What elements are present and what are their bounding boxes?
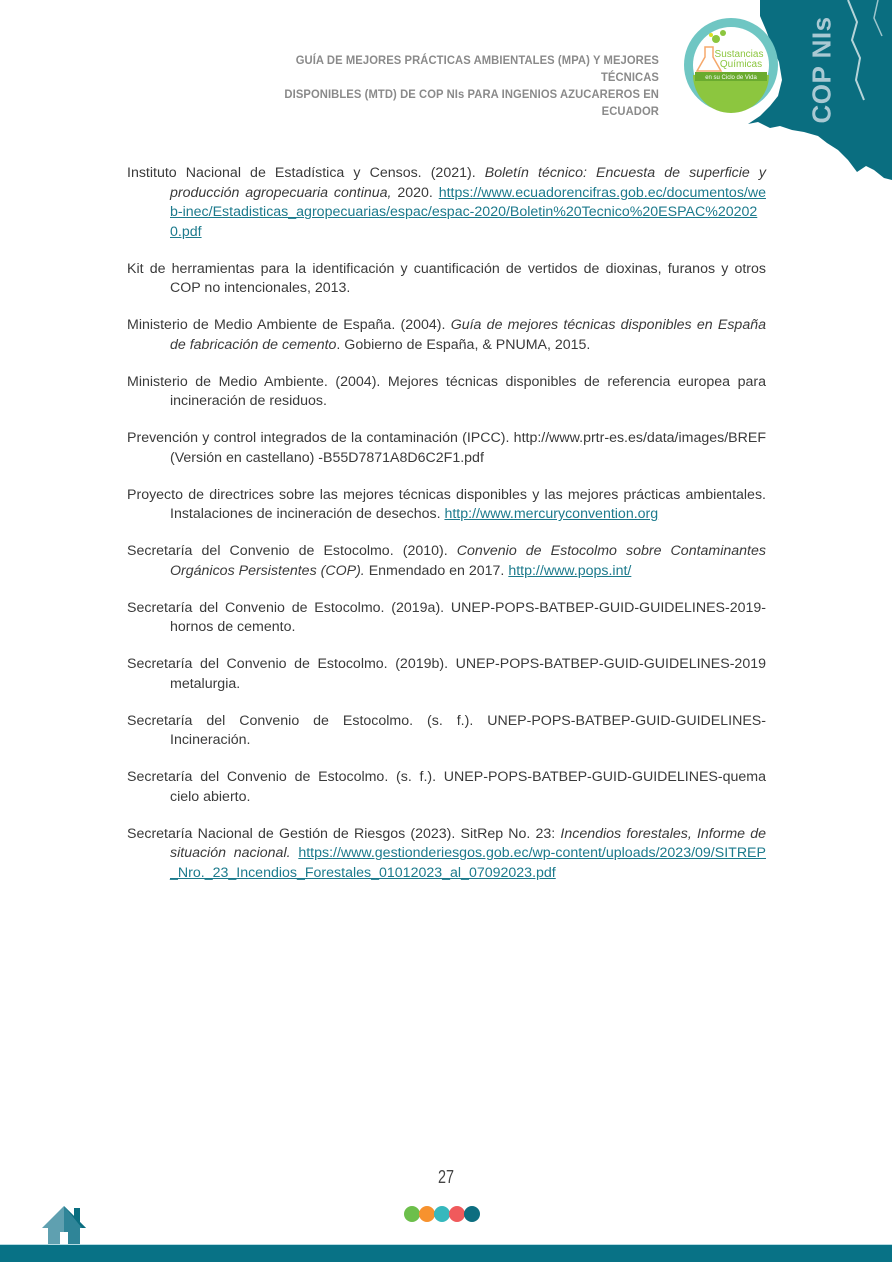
reference-link[interactable]: http://www.pops.int/: [508, 563, 631, 579]
header-title-line2: DISPONIBLES (MTD) DE COP NIs PARA INGENI…: [236, 86, 659, 120]
side-tab-cop-nis: COP NIs: [802, 20, 842, 120]
reference-entry: Kit de herramientas para la identificaci…: [127, 260, 766, 299]
reference-text: Secretaría del Convenio de Estocolmo. (2…: [127, 543, 457, 559]
color-dot: [419, 1206, 435, 1222]
reference-entry: Ministerio de Medio Ambiente de España. …: [127, 316, 766, 355]
reference-entry: Instituto Nacional de Estadística y Cens…: [127, 164, 766, 242]
reference-entry: Secretaría Nacional de Gestión de Riesgo…: [127, 825, 766, 884]
color-dot: [434, 1206, 450, 1222]
footer-bar: [0, 1244, 892, 1262]
color-dot: [404, 1206, 420, 1222]
reference-text: Secretaría del Convenio de Estocolmo. (s…: [127, 713, 766, 749]
document-header-title: GUÍA DE MEJORES PRÁCTICAS AMBIENTALES (M…: [236, 52, 659, 120]
reference-text: Prevención y control integrados de la co…: [127, 430, 766, 466]
color-dot: [449, 1206, 465, 1222]
reference-text: Secretaría del Convenio de Estocolmo. (s…: [127, 769, 766, 805]
reference-text: Ministerio de Medio Ambiente de España. …: [127, 317, 451, 333]
reference-text: Instituto Nacional de Estadística y Cens…: [127, 165, 485, 181]
color-dots-decoration: [404, 1206, 479, 1222]
reference-text: Kit de herramientas para la identificaci…: [127, 261, 766, 297]
reference-text: Secretaría del Convenio de Estocolmo. (2…: [127, 656, 766, 692]
logo-band-text: en su Ciclo de Vida: [705, 75, 757, 81]
reference-entry: Secretaría del Convenio de Estocolmo. (2…: [127, 655, 766, 694]
reference-entry: Proyecto de directrices sobre las mejore…: [127, 486, 766, 525]
reference-entry: Secretaría del Convenio de Estocolmo. (2…: [127, 599, 766, 638]
home-icon[interactable]: [38, 1204, 90, 1246]
reference-entry: Secretaría del Convenio de Estocolmo. (s…: [127, 768, 766, 807]
sustancias-quimicas-logo: en su Ciclo de Vida Sustancias Químicas: [683, 17, 779, 113]
logo-main-line2: Químicas: [720, 59, 762, 70]
page-number: 27: [89, 1167, 803, 1188]
reference-entry: Ministerio de Medio Ambiente. (2004). Me…: [127, 373, 766, 412]
side-tab-label: COP NIs: [807, 16, 838, 123]
reference-details: . Gobierno de España, & PNUMA, 2015.: [336, 337, 590, 353]
reference-text: Secretaría Nacional de Gestión de Riesgo…: [127, 826, 560, 842]
reference-link[interactable]: http://www.mercuryconvention.org: [444, 506, 658, 522]
color-dot: [464, 1206, 480, 1222]
reference-entry: Secretaría del Convenio de Estocolmo. (2…: [127, 542, 766, 581]
header-title-line1: GUÍA DE MEJORES PRÁCTICAS AMBIENTALES (M…: [236, 52, 659, 86]
reference-text: Secretaría del Convenio de Estocolmo. (2…: [127, 600, 766, 636]
reference-details: 2020.: [392, 185, 439, 201]
reference-details: Enmendado en 2017.: [365, 563, 509, 579]
references-list: Instituto Nacional de Estadística y Cens…: [127, 150, 766, 901]
reference-entry: Prevención y control integrados de la co…: [127, 429, 766, 468]
reference-entry: Secretaría del Convenio de Estocolmo. (s…: [127, 712, 766, 751]
reference-text: Ministerio de Medio Ambiente. (2004). Me…: [127, 374, 766, 410]
